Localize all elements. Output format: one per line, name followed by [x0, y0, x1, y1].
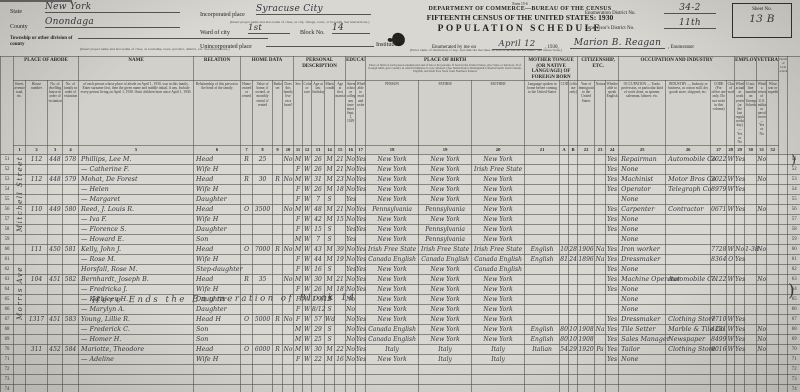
cell-val [253, 164, 273, 174]
cell-house [26, 194, 48, 204]
cell-rline: 53 [788, 174, 800, 184]
cell-ca: 54 [560, 344, 569, 354]
cell-mar [325, 374, 335, 384]
cell-occ: None [619, 284, 666, 294]
cell-sex: F [294, 224, 303, 234]
cell-dwell: 451 [48, 274, 63, 284]
cell-unemp [745, 154, 757, 164]
cell-rline: 74 [788, 384, 800, 392]
cell-dwell [48, 164, 63, 174]
cell-rline: 66 [788, 304, 800, 314]
column-header: No. of dwelling house in order of visita… [48, 81, 63, 146]
cell-mar: M [325, 244, 335, 254]
cell-cls [727, 214, 735, 224]
cell-war [767, 294, 779, 304]
column-number: 5 [79, 145, 194, 154]
cell-tongue [525, 204, 560, 214]
cell-imm [578, 374, 595, 384]
column-group-header: PLACE OF BIRTHPlace of birth of each per… [366, 57, 525, 81]
cell-house [26, 214, 48, 224]
cell-sch: No [346, 324, 356, 334]
cell-cls: W [727, 244, 735, 254]
cell-vet: No [757, 174, 767, 184]
cell-unemp [745, 334, 757, 344]
cell-imm [578, 304, 595, 314]
cell-sch: No [346, 354, 356, 364]
cell-pobf: Canada English [419, 254, 472, 264]
cell-work: Yes [735, 314, 745, 324]
cell-name: — Fredricka J. [79, 284, 194, 294]
cell-radio [273, 384, 283, 392]
cell-age: 15 [312, 224, 325, 234]
cell-rline: 57 [788, 214, 800, 224]
cell-own: R [241, 154, 253, 164]
cell-war [767, 344, 779, 354]
cell-tongue: English [525, 324, 560, 334]
cell-name [79, 374, 194, 384]
cell-agem: 19 [335, 254, 346, 264]
cell-rel: Head [194, 204, 241, 214]
cell-dwell [48, 254, 63, 264]
cell-war [767, 194, 779, 204]
cell-fam [63, 264, 79, 274]
enumerated-date: April 12 [492, 39, 542, 50]
cell-fam: 583 [63, 314, 79, 324]
cell-color [303, 374, 312, 384]
cell-rw [356, 374, 366, 384]
cell-imm [578, 194, 595, 204]
cell-code: 7728 [711, 244, 727, 254]
cell-pobf: New York [419, 274, 472, 284]
column-number: 21 [525, 145, 560, 154]
column-header: Radio set [273, 81, 283, 146]
cell-sex: M [294, 174, 303, 184]
column-number: 10 [283, 145, 294, 154]
cell-cb [569, 234, 578, 244]
cell-rline: 62 [788, 264, 800, 274]
cell-house [26, 254, 48, 264]
cell-pobp [366, 374, 419, 384]
cell-ind [666, 264, 711, 274]
cell-code: 8499 [711, 334, 727, 344]
cell-vet: No [757, 324, 767, 334]
cell-occ [619, 384, 666, 392]
cell-eng [606, 304, 619, 314]
cell-age: 7 [312, 234, 325, 244]
cell-vet [757, 384, 767, 392]
cell-war [767, 324, 779, 334]
cell-agem: 21 [335, 274, 346, 284]
cell-fs [779, 194, 788, 204]
cell-work: Yes [735, 334, 745, 344]
column-number: 16 [346, 145, 356, 154]
cell-tongue [525, 214, 560, 224]
cell-fam [63, 234, 79, 244]
cell-house [26, 334, 48, 344]
cell-tongue: English [525, 244, 560, 254]
cell-occ: Dressmaker [619, 254, 666, 264]
cell-sch: Yes [346, 224, 356, 234]
cell-eng: Yes [606, 154, 619, 164]
cell-age: 48 [312, 204, 325, 214]
cell-nat: Na [595, 254, 606, 264]
cell-war [767, 254, 779, 264]
cell-fs [779, 214, 788, 224]
column-header: INDUSTRY — Industry or business, as cott… [666, 81, 711, 146]
cell-pobp [366, 384, 419, 392]
cell-code [711, 284, 727, 294]
cell-unemp [745, 384, 757, 392]
cell-vet: No [757, 274, 767, 284]
cell-color: W [303, 344, 312, 354]
cell-nat [595, 264, 606, 274]
cell-ca [560, 194, 569, 204]
table-row: 63104451582Bernhardt, Joseph B.HeadR35No… [1, 274, 800, 284]
cell-val [253, 324, 273, 334]
cell-pobm: New York [472, 214, 525, 224]
cell-cb [569, 304, 578, 314]
cell-radio: R [273, 244, 283, 254]
cell-name: Mohat, De Forest [79, 174, 194, 184]
cell-nat [595, 194, 606, 204]
cell-cb: 24 [569, 254, 578, 264]
cell-tongue [525, 374, 560, 384]
cell-pobm: New York [472, 184, 525, 194]
cell-street [14, 334, 26, 344]
cell-color: W [303, 324, 312, 334]
cell-rel: Son [194, 234, 241, 244]
cell-cls [727, 234, 735, 244]
cell-sex: M [294, 324, 303, 334]
cell-cls: W [727, 184, 735, 194]
cell-mar [325, 384, 335, 392]
cell-agem [335, 374, 346, 384]
cell-house: 104 [26, 274, 48, 284]
column-header: FATHER [419, 81, 472, 146]
cell-own: O [241, 314, 253, 324]
cell-imm [578, 214, 595, 224]
cell-cls [727, 364, 735, 374]
column-group-header: EMPLOYMENT [735, 57, 757, 81]
cell-vet [757, 224, 767, 234]
cell-street [14, 344, 26, 354]
cell-eng: Yes [606, 264, 619, 274]
cell-fam [63, 384, 79, 392]
cell-vet [757, 304, 767, 314]
cell-rel: Head [194, 344, 241, 354]
cell-ca [560, 384, 569, 392]
cell-ind [666, 194, 711, 204]
cell-occ: Tailor [619, 344, 666, 354]
cell-eng: Yes [606, 224, 619, 234]
cell-agem [335, 234, 346, 244]
cell-work: Yes [735, 174, 745, 184]
cell-imm: 1908 [578, 324, 595, 334]
cell-house: 1317 [26, 314, 48, 324]
cell-tongue [525, 274, 560, 284]
column-header [788, 57, 800, 155]
column-header: Sex [294, 81, 303, 146]
cell-line: 53 [1, 174, 14, 184]
cell-nat: Na [595, 244, 606, 254]
cell-pobm: Irish Free State [472, 244, 525, 254]
cell-work: Yes [735, 344, 745, 354]
enumerated-year: , 1930, [545, 45, 559, 50]
column-number: 26 [666, 145, 711, 154]
cell-pobf: New York [419, 314, 472, 324]
cell-fs [779, 174, 788, 184]
cell-vet [757, 234, 767, 244]
cell-code: 3022 [711, 174, 727, 184]
cell-sch: No [346, 164, 356, 174]
enumeration-district-label: Enumeration District No. [585, 11, 636, 16]
cell-occ: Operator [619, 184, 666, 194]
cell-house [26, 164, 48, 174]
cell-pobp: New York [366, 184, 419, 194]
cell-occ: None [619, 214, 666, 224]
cell-nat [595, 384, 606, 392]
cell-cls [727, 264, 735, 274]
state-value: New York [45, 2, 180, 13]
cell-work [735, 304, 745, 314]
cell-line: 62 [1, 264, 14, 274]
cell-farm [283, 184, 294, 194]
cell-unemp [745, 184, 757, 194]
cell-cb [569, 224, 578, 234]
cell-farm: No [283, 344, 294, 354]
cell-sch: No [346, 244, 356, 254]
table-row: 7373 [1, 374, 800, 384]
cell-unemp [745, 254, 757, 264]
cell-ind [666, 364, 711, 374]
cell-cls [727, 304, 735, 314]
cell-sex: F [294, 194, 303, 204]
cell-line: 69 [1, 334, 14, 344]
cell-ca [560, 214, 569, 224]
cell-imm: 1920 [578, 344, 595, 354]
table-row: 59— Howard E.SonMW7SYesNew YorkPennsylva… [1, 234, 800, 244]
cell-work [735, 294, 745, 304]
cell-rel: Wife H [194, 214, 241, 224]
cell-age: 26 [312, 164, 325, 174]
cell-sex [294, 374, 303, 384]
cell-rel: Wife H [194, 184, 241, 194]
cell-pobp: New York [366, 354, 419, 364]
cell-pobm: New York [472, 204, 525, 214]
cell-vet: No [757, 204, 767, 214]
cell-rel: Wife H [194, 284, 241, 294]
cell-unemp [745, 374, 757, 384]
cell-pobp: Canada English [366, 334, 419, 344]
cell-rline: 67 [788, 314, 800, 324]
cell-tongue [525, 194, 560, 204]
cell-farm: No [283, 174, 294, 184]
cell-name: Bernhardt, Joseph B. [79, 274, 194, 284]
cell-pobm [472, 374, 525, 384]
cell-ca [560, 304, 569, 314]
column-header: Class of worker [727, 81, 735, 146]
cell-rline: 60 [788, 244, 800, 254]
cell-war [767, 214, 779, 224]
cell-fs [779, 364, 788, 374]
cell-val: 7000 [253, 244, 273, 254]
column-group-header: CITIZENSHIP, ETC. [578, 57, 619, 81]
cell-farm [283, 304, 294, 314]
cell-ca [560, 364, 569, 374]
column-group-header: PERSONAL DESCRIPTION [294, 57, 346, 81]
cell-pobp: New York [366, 154, 419, 164]
column-header: Age at first marriage [335, 81, 346, 146]
cell-dwell [48, 184, 63, 194]
cell-pobp: New York [366, 174, 419, 184]
cell-code: 7122 [711, 274, 727, 284]
cell-fam: 581 [63, 244, 79, 254]
ward-label: Ward of city [200, 30, 230, 36]
cell-sch: No [346, 174, 356, 184]
cell-own: O [241, 244, 253, 254]
cell-work [735, 224, 745, 234]
cell-cls: W [727, 344, 735, 354]
cell-nat [595, 364, 606, 374]
cell-farm [283, 324, 294, 334]
cell-own: R [241, 174, 253, 184]
cell-work [735, 364, 745, 374]
column-number: 18 [366, 145, 419, 154]
column-number: 25 [619, 145, 666, 154]
cell-pobm: Canada English [472, 264, 525, 274]
cell-imm [578, 204, 595, 214]
cell-age: 43 [312, 244, 325, 254]
cell-pobp: New York [366, 214, 419, 224]
cell-own [241, 354, 253, 364]
census-sheet: State New York County Onondaga Township … [0, 0, 800, 392]
cell-ind [666, 354, 711, 364]
cell-occ [619, 374, 666, 384]
column-header: Whether able to read and write [356, 81, 366, 146]
cell-color [303, 384, 312, 392]
cell-val: 25 [253, 154, 273, 164]
cell-farm [283, 354, 294, 364]
cell-tongue [525, 314, 560, 324]
cell-agem [335, 324, 346, 334]
cell-radio [273, 334, 283, 344]
cell-occ: Sales Manager [619, 334, 666, 344]
cell-vet [757, 354, 767, 364]
cell-sch: No [346, 304, 356, 314]
cell-imm: 1906 [578, 244, 595, 254]
cell-work [735, 284, 745, 294]
cell-farm [283, 264, 294, 274]
cell-fs [779, 354, 788, 364]
cell-pobf: New York [419, 154, 472, 164]
cell-pobf: Pennsylvania [419, 224, 472, 234]
cell-tongue [525, 224, 560, 234]
column-header: Value of home, if owned, or monthly rent… [253, 81, 273, 146]
cell-farm [283, 374, 294, 384]
unincorporated-value [266, 46, 374, 47]
cell-line: 55 [1, 194, 14, 204]
cell-age: 42 [312, 214, 325, 224]
cell-nat [595, 214, 606, 224]
cell-dwell [48, 194, 63, 204]
cell-unemp [745, 314, 757, 324]
cell-rw: Yes [356, 354, 366, 364]
cell-occ: Machinist [619, 174, 666, 184]
cell-unemp [745, 174, 757, 184]
cell-eng: Yes [606, 204, 619, 214]
cell-cb [569, 354, 578, 364]
cell-color: W [303, 154, 312, 164]
cell-work: Yes [735, 204, 745, 214]
column-number: 17 [356, 145, 366, 154]
cell-rw: Yes [356, 334, 366, 344]
cell-occ: None [619, 304, 666, 314]
cell-dwell [48, 284, 63, 294]
column-number: B [569, 145, 578, 154]
cell-pobm: New York [472, 224, 525, 234]
cell-ca: 10 [560, 244, 569, 254]
cell-sch: Yes [346, 234, 356, 244]
township-label: Township or other division of county [10, 36, 80, 47]
cell-unemp: 1-38 [745, 244, 757, 254]
cell-fam: 578 [63, 154, 79, 164]
cell-rel: Head H [194, 314, 241, 324]
cell-work: Yes [735, 254, 745, 264]
column-header: OCCUPATION — Trade, profession, or parti… [619, 81, 666, 146]
cell-color: W [303, 194, 312, 204]
cell-dwell: 448 [48, 154, 63, 164]
cell-radio [273, 324, 283, 334]
cell-mar: M [325, 354, 335, 364]
cell-war [767, 204, 779, 214]
cell-rel: Head [194, 274, 241, 284]
cell-house: 311 [26, 344, 48, 354]
ward-value: 1st [248, 23, 290, 34]
cell-cb [569, 154, 578, 164]
cell-cb: 29 [569, 344, 578, 354]
block-value: 14 [332, 23, 370, 34]
cell-fam [63, 284, 79, 294]
cell-nat [595, 274, 606, 284]
cell-cls [727, 224, 735, 234]
cell-mar: S [325, 224, 335, 234]
cell-rw: Yes [356, 274, 366, 284]
cell-agem [335, 194, 346, 204]
column-group-header: HOME DATA [241, 57, 294, 81]
cell-cb [569, 194, 578, 204]
cell-pobp: Irish Free State [366, 244, 419, 254]
cell-ind [666, 164, 711, 174]
cell-rline: 72 [788, 364, 800, 374]
cell-sch: No [346, 184, 356, 194]
county-label: County [10, 24, 28, 30]
cell-ind: Clothing Store [666, 314, 711, 324]
cell-line: 67 [1, 314, 14, 324]
cell-rel: Son [194, 324, 241, 334]
column-number: 9 [273, 145, 283, 154]
cell-imm [578, 274, 595, 284]
cell-sex [294, 384, 303, 392]
cell-ca [560, 264, 569, 274]
cell-rel: Daughter [194, 304, 241, 314]
cell-code [711, 164, 727, 174]
cell-fam: 579 [63, 174, 79, 184]
cell-rw: Yes [356, 264, 366, 274]
cell-val [253, 264, 273, 274]
column-header: Language spoken in home before coming to… [525, 81, 560, 146]
cell-cls [727, 164, 735, 174]
cell-occ: None [619, 234, 666, 244]
